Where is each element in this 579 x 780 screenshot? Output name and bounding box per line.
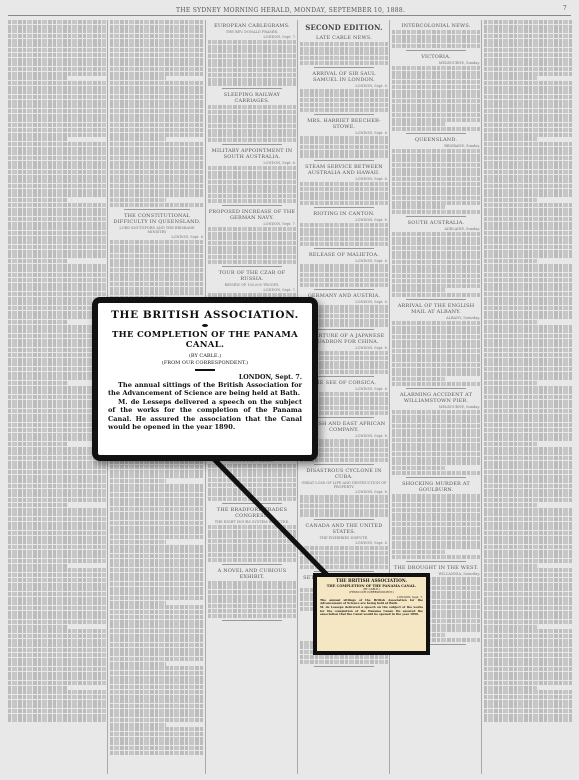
text-line — [208, 63, 296, 67]
text-line — [484, 109, 572, 113]
text-line — [110, 704, 204, 708]
text-line — [484, 484, 572, 488]
section-heading: CANADA AND THE UNITED STATES. — [300, 523, 388, 535]
text-line — [300, 228, 388, 232]
text-line — [208, 492, 296, 496]
text-line — [8, 273, 106, 277]
text-line — [392, 330, 480, 334]
section-subheading: GREAT LOSS OF LIFE AND DESTRUCTION OF PR… — [300, 481, 388, 489]
text-line — [8, 658, 106, 662]
dateline: LONDON, Sept. 8. — [300, 218, 388, 222]
text-line — [484, 268, 572, 272]
text-line — [8, 264, 106, 268]
page-number: 7 — [563, 5, 567, 12]
text-line — [392, 30, 480, 34]
text-line — [8, 179, 106, 183]
text-line — [392, 191, 480, 195]
text-line — [300, 509, 388, 513]
text-line — [110, 582, 204, 586]
dateline: BRISBANE, Sunday. — [392, 144, 480, 148]
text-line — [110, 695, 204, 699]
text-line — [208, 78, 296, 82]
section-heading: ARRIVAL OF THE ENGLISH MAIL AT ALBANY. — [392, 303, 480, 315]
text-line — [484, 428, 572, 432]
text-line — [300, 504, 388, 508]
text-line — [208, 530, 296, 534]
text-line — [484, 273, 572, 277]
section-heading: EUROPEAN CABLEGRAMS. — [208, 23, 296, 29]
text-line — [110, 620, 204, 624]
text-line — [392, 35, 480, 39]
text-line — [484, 695, 572, 699]
text-line — [392, 429, 480, 433]
text-line — [110, 484, 204, 488]
text-line — [484, 493, 572, 497]
text-line — [484, 203, 572, 207]
text-line — [110, 118, 204, 122]
text-line — [392, 94, 480, 98]
text-line — [484, 76, 537, 80]
text-line — [110, 610, 204, 614]
text-line — [110, 189, 204, 193]
text-line — [300, 264, 388, 268]
text-line — [8, 175, 106, 179]
text-line — [8, 95, 106, 99]
text-line — [8, 189, 106, 193]
text-line — [392, 90, 480, 94]
text-line — [8, 531, 106, 535]
text-line — [8, 184, 106, 188]
text-line — [110, 268, 204, 272]
ornament — [202, 324, 208, 327]
divider — [314, 329, 374, 330]
text-line — [110, 507, 204, 511]
divider — [314, 666, 374, 667]
text-line — [392, 232, 480, 236]
text-line — [392, 452, 480, 456]
text-line — [484, 376, 572, 380]
text-line — [208, 534, 296, 538]
text-line — [8, 245, 106, 249]
text-line — [484, 465, 572, 469]
text-line — [110, 634, 204, 638]
text-line — [8, 695, 106, 699]
text-line — [110, 104, 204, 108]
text-line — [484, 489, 572, 493]
text-line — [484, 367, 572, 371]
text-line — [8, 123, 106, 127]
text-line — [8, 470, 106, 474]
text-line — [8, 568, 106, 572]
text-line — [8, 114, 106, 118]
text-line — [392, 457, 480, 461]
text-line — [8, 629, 106, 633]
text-line — [8, 29, 106, 33]
text-line — [8, 578, 106, 582]
text-line — [208, 133, 296, 137]
text-line — [484, 423, 572, 427]
text-line — [8, 587, 106, 591]
text-line — [392, 466, 445, 470]
text-line — [8, 667, 106, 671]
text-line — [392, 527, 480, 531]
text-line — [110, 718, 204, 722]
text-line — [110, 282, 204, 286]
text-line — [110, 652, 204, 656]
divider — [314, 571, 374, 572]
text-line — [110, 43, 204, 47]
text-line — [110, 540, 166, 544]
text-line — [300, 51, 388, 55]
text-line — [208, 255, 296, 259]
text-line — [110, 76, 166, 80]
divider — [314, 207, 374, 208]
section-heading: RIOTING IN CANTON. — [300, 211, 388, 217]
text-line — [484, 278, 572, 282]
text-line — [110, 193, 204, 197]
text-line — [392, 494, 480, 498]
text-line — [484, 34, 572, 38]
text-line — [484, 573, 572, 577]
text-line — [110, 25, 204, 29]
text-line — [110, 657, 204, 661]
text-line — [110, 680, 204, 684]
text-line — [484, 311, 572, 315]
text-line — [392, 99, 480, 103]
text-line — [208, 171, 296, 175]
text-line — [300, 89, 388, 93]
text-line — [484, 48, 572, 52]
text-line — [484, 179, 572, 183]
text-line — [484, 639, 572, 643]
text-line — [8, 278, 106, 282]
text-line — [484, 325, 572, 329]
text-line — [392, 260, 480, 264]
text-line — [8, 147, 106, 151]
text-line — [8, 601, 106, 605]
text-line — [208, 236, 296, 240]
section-subheading: REVIEW OF 100,000 TROOPS. — [208, 283, 296, 287]
text-line — [484, 184, 572, 188]
text-line — [484, 90, 572, 94]
text-line — [484, 625, 537, 629]
text-line — [392, 246, 480, 250]
text-line — [484, 686, 537, 690]
text-line — [8, 128, 106, 132]
text-line — [110, 690, 204, 694]
text-line — [8, 193, 106, 197]
text-line — [8, 545, 106, 549]
text-line — [484, 245, 572, 249]
text-line — [484, 508, 572, 512]
section-heading: SECOND EDITION. — [300, 23, 388, 32]
text-line — [208, 558, 296, 562]
text-line — [8, 226, 106, 230]
text-line — [392, 344, 480, 348]
text-line — [484, 123, 572, 127]
text-line — [208, 599, 296, 603]
text-line — [110, 676, 204, 680]
text-line — [8, 142, 106, 146]
divider — [406, 388, 466, 389]
text-line — [208, 199, 296, 203]
text-line — [8, 583, 106, 587]
section-heading: THE BRADFORD TRADES CONGRESS. — [208, 507, 296, 519]
text-line — [110, 526, 204, 530]
text-line — [8, 76, 67, 80]
text-line — [484, 681, 572, 685]
text-line — [208, 54, 296, 58]
text-line — [8, 217, 106, 221]
text-line — [110, 245, 204, 249]
text-line — [110, 240, 204, 244]
section-heading: LATE CABLE NEWS. — [300, 35, 388, 41]
text-line — [110, 643, 204, 647]
text-line — [484, 395, 572, 399]
text-line — [484, 433, 572, 437]
text-line — [392, 349, 480, 353]
text-line — [8, 681, 106, 685]
divider — [314, 289, 374, 290]
section-subheading: LORD KNUTSFORD AND THE BRISBANE MINISTRY — [110, 226, 204, 234]
text-line — [392, 368, 480, 372]
text-line — [484, 100, 572, 104]
text-line — [484, 545, 572, 549]
text-line — [300, 268, 388, 272]
text-line — [208, 166, 296, 170]
text-line — [392, 122, 445, 126]
text-line — [208, 585, 296, 589]
text-line — [110, 34, 204, 38]
dateline: LONDON, Sept. 7. — [208, 35, 296, 39]
text-line — [110, 175, 204, 179]
text-line — [300, 154, 388, 158]
text-line — [300, 196, 388, 200]
text-line — [484, 400, 572, 404]
text-line — [110, 648, 204, 652]
text-line — [8, 259, 67, 263]
text-line — [8, 320, 67, 324]
text-line — [484, 386, 572, 390]
text-line — [392, 321, 480, 325]
text-line — [484, 381, 537, 385]
text-line — [484, 437, 572, 441]
text-line — [8, 34, 106, 38]
divider — [124, 209, 190, 210]
text-line — [484, 690, 572, 694]
section-heading: ARRIVAL OF SIR SAUL SAMUEL IN LONDON. — [300, 71, 388, 83]
text-line — [110, 727, 204, 731]
text-line — [484, 137, 537, 141]
text-line — [484, 658, 572, 662]
text-line — [392, 104, 480, 108]
text-line — [484, 554, 572, 558]
text-line — [8, 25, 106, 29]
text-line — [110, 699, 204, 703]
text-line — [484, 320, 537, 324]
text-line — [484, 104, 572, 108]
text-line — [484, 58, 572, 62]
text-line — [300, 551, 388, 555]
text-line — [208, 232, 296, 236]
text-line — [8, 615, 106, 619]
text-line — [392, 415, 480, 419]
text-line — [110, 577, 204, 581]
text-line — [392, 85, 480, 89]
text-line — [484, 601, 572, 605]
text-line — [484, 615, 572, 619]
divider — [222, 205, 282, 206]
text-line — [110, 259, 204, 263]
text-line — [484, 222, 572, 226]
text-line — [110, 48, 204, 52]
text-line — [110, 29, 204, 33]
text-line — [484, 672, 572, 676]
text-line — [110, 573, 204, 577]
text-line — [392, 205, 445, 209]
text-line — [208, 40, 296, 44]
text-line — [110, 732, 204, 736]
text-line — [8, 58, 106, 62]
text-line — [484, 147, 572, 151]
text-line — [484, 456, 572, 460]
text-line — [300, 232, 388, 236]
text-line — [484, 404, 572, 408]
dateline: LONDON, Sept. 7. — [208, 222, 296, 226]
text-line — [208, 82, 296, 86]
text-line — [8, 550, 106, 554]
text-line — [110, 109, 204, 113]
text-line — [208, 124, 296, 128]
text-line — [392, 358, 480, 362]
text-line — [484, 667, 572, 671]
text-line — [8, 573, 106, 577]
text-line — [110, 709, 204, 713]
text-line — [110, 530, 204, 534]
text-line — [484, 20, 572, 24]
text-line — [484, 353, 572, 357]
text-line — [392, 75, 480, 79]
section-heading: QUEENSLAND. — [392, 137, 480, 143]
text-line — [484, 461, 572, 465]
text-line — [110, 671, 204, 675]
text-line — [484, 475, 572, 479]
text-line — [300, 283, 388, 287]
section-heading: SHOCKING MURDER AT GOULBURN. — [392, 481, 480, 493]
text-line — [392, 382, 480, 386]
text-line — [392, 118, 480, 122]
text-line — [208, 609, 296, 613]
text-line — [110, 479, 166, 483]
article-heading: THE BRITISH ASSOCIATION. — [108, 309, 302, 321]
divider — [314, 417, 374, 418]
text-line — [110, 568, 204, 572]
text-line — [484, 62, 572, 66]
text-line — [392, 335, 480, 339]
text-line — [484, 264, 572, 268]
text-line — [392, 293, 480, 297]
text-line — [484, 362, 572, 366]
text-line — [208, 110, 296, 114]
source-line: (FROM OUR CORRESPONDENT.) — [108, 360, 302, 367]
text-line — [110, 591, 204, 595]
text-line — [300, 660, 388, 664]
text-line — [110, 287, 204, 291]
text-line — [208, 473, 296, 477]
text-line — [392, 44, 480, 48]
text-line — [8, 597, 106, 601]
section-heading: STEAM SERVICE BETWEEN AUSTRALIA AND HAWA… — [300, 164, 388, 176]
text-line — [300, 495, 388, 499]
text-line — [110, 545, 204, 549]
divider — [222, 266, 282, 267]
dateline: LONDON, Sept. 8. — [208, 161, 296, 165]
text-line — [110, 488, 204, 492]
text-line — [8, 517, 106, 521]
text-line — [8, 222, 106, 226]
text-line — [484, 156, 572, 160]
text-line — [484, 531, 572, 535]
text-line — [392, 66, 480, 70]
text-line — [110, 179, 204, 183]
text-line — [300, 61, 388, 65]
text-line — [392, 196, 480, 200]
text-line — [8, 643, 106, 647]
text-line — [110, 123, 204, 127]
text-line — [392, 108, 480, 112]
dateline: LONDON, Sept. 7. — [108, 374, 302, 381]
text-line — [392, 517, 480, 521]
text-line — [110, 273, 204, 277]
text-line — [8, 611, 106, 615]
text-line — [208, 59, 296, 63]
text-line — [392, 149, 480, 153]
text-line — [8, 493, 106, 497]
divider — [406, 216, 466, 217]
text-line — [208, 227, 296, 231]
divider — [314, 519, 374, 520]
text-line — [300, 103, 388, 107]
text-line — [300, 223, 388, 227]
text-line — [484, 447, 572, 451]
text-line — [8, 236, 106, 240]
text-line — [8, 240, 106, 244]
text-line — [8, 498, 106, 502]
text-line — [484, 198, 537, 202]
text-line — [484, 254, 572, 258]
text-line — [208, 250, 296, 254]
divider — [314, 67, 374, 68]
text-line — [300, 182, 388, 186]
divider — [314, 248, 374, 249]
divider — [222, 564, 282, 565]
text-line — [484, 568, 572, 572]
text-line — [392, 177, 480, 181]
text-line — [484, 236, 572, 240]
text-line — [392, 438, 480, 442]
text-line — [484, 86, 572, 90]
text-line — [484, 212, 572, 216]
text-line — [110, 95, 204, 99]
text-line — [8, 456, 106, 460]
text-line — [484, 231, 572, 235]
text-line — [8, 90, 106, 94]
text-line — [110, 713, 204, 717]
text-line — [208, 68, 296, 72]
text-line — [484, 43, 572, 47]
text-line — [484, 700, 572, 704]
dateline: LONDON, Sept. 7. — [208, 288, 296, 292]
